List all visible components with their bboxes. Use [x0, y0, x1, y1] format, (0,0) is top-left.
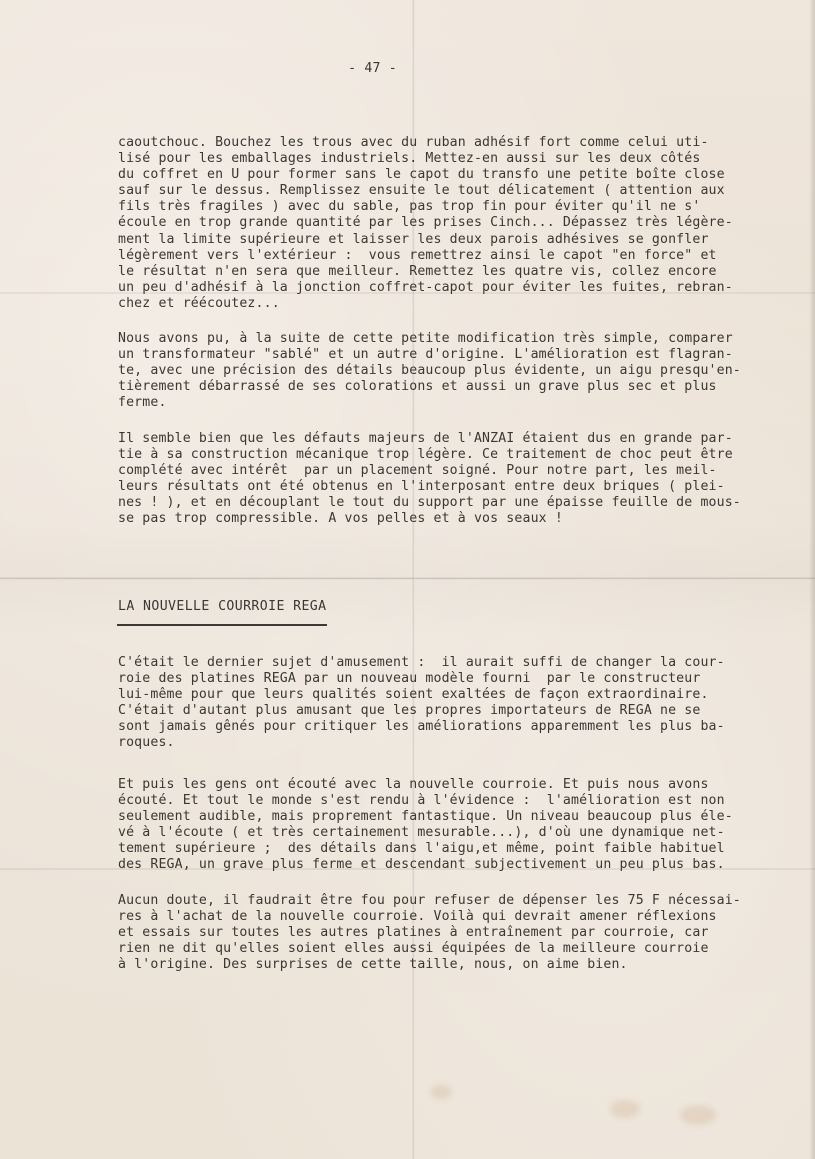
- paragraph: Il semble bien que les défauts majeurs d…: [118, 431, 741, 528]
- section-heading: LA NOUVELLE COURROIE REGA: [118, 599, 327, 614]
- text-line: roie des platines REGA par un nouveau mo…: [118, 671, 725, 687]
- text-line: écoule en trop grande quantité par les p…: [118, 215, 733, 231]
- text-line: Aucun doute, il faudrait être fou pour r…: [118, 893, 741, 909]
- heading-underline: [117, 624, 327, 626]
- text-line: seulement audible, mais proprement fanta…: [118, 809, 733, 825]
- text-line: lui-même pour que leurs qualités soient …: [118, 687, 725, 703]
- text-line: caoutchouc. Bouchez les trous avec du ru…: [118, 135, 733, 151]
- text-line: chez et réécoutez...: [118, 296, 733, 312]
- text-line: res à l'achat de la nouvelle courroie. V…: [118, 909, 741, 925]
- text-line: du coffret en U pour former sans le capo…: [118, 167, 733, 183]
- paper-stain: [680, 1105, 716, 1125]
- paragraph: Et puis les gens ont écouté avec la nouv…: [118, 777, 733, 874]
- text-line: à l'origine. Des surprises de cette tail…: [118, 957, 741, 973]
- text-line: un transformateur "sablé" et un autre d'…: [118, 347, 741, 363]
- text-line: vé à l'écoute ( et très certainement mes…: [118, 825, 733, 841]
- text-line: tièrement débarrassé de ses colorations …: [118, 379, 741, 395]
- text-line: tie à sa construction mécanique trop lég…: [118, 447, 741, 463]
- text-line: le résultat n'en sera que meilleur. Reme…: [118, 264, 733, 280]
- paper-fold-horizontal: [0, 577, 815, 580]
- text-line: ment la limite supérieure et laisser les…: [118, 232, 733, 248]
- text-line: C'était d'autant plus amusant que les pr…: [118, 703, 725, 719]
- text-line: nes ! ), et en découplant le tout du sup…: [118, 495, 741, 511]
- paragraph: Nous avons pu, à la suite de cette petit…: [118, 331, 741, 411]
- paper-edge: [809, 0, 815, 1159]
- text-line: tement supérieure ; des détails dans l'a…: [118, 841, 733, 857]
- page-number: - 47 -: [0, 61, 745, 76]
- paragraph: caoutchouc. Bouchez les trous avec du ru…: [118, 135, 733, 312]
- paper-stain: [610, 1100, 640, 1118]
- text-line: te, avec une précision des détails beauc…: [118, 363, 741, 379]
- text-line: un peu d'adhésif à la jonction coffret-c…: [118, 280, 733, 296]
- paper-stain: [430, 1085, 452, 1099]
- text-line: sont jamais gênés pour critiquer les amé…: [118, 719, 725, 735]
- text-line: ferme.: [118, 395, 741, 411]
- text-line: Nous avons pu, à la suite de cette petit…: [118, 331, 741, 347]
- text-line: lisé pour les emballages industriels. Me…: [118, 151, 733, 167]
- paragraph: C'était le dernier sujet d'amusement : i…: [118, 655, 725, 752]
- paragraph: Aucun doute, il faudrait être fou pour r…: [118, 893, 741, 973]
- text-line: des REGA, un grave plus ferme et descend…: [118, 857, 733, 873]
- text-line: fils très fragiles ) avec du sable, pas …: [118, 199, 733, 215]
- text-line: roques.: [118, 735, 725, 751]
- text-line: et essais sur toutes les autres platines…: [118, 925, 741, 941]
- text-line: C'était le dernier sujet d'amusement : i…: [118, 655, 725, 671]
- text-line: complété avec intérêt par un placement s…: [118, 463, 741, 479]
- text-line: Et puis les gens ont écouté avec la nouv…: [118, 777, 733, 793]
- text-line: se pas trop compressible. A vos pelles e…: [118, 511, 741, 527]
- text-line: sauf sur le dessus. Remplissez ensuite l…: [118, 183, 733, 199]
- text-line: légèrement vers l'extérieur : vous remet…: [118, 248, 733, 264]
- text-line: Il semble bien que les défauts majeurs d…: [118, 431, 741, 447]
- text-line: écouté. Et tout le monde s'est rendu à l…: [118, 793, 733, 809]
- text-line: leurs résultats ont été obtenus en l'int…: [118, 479, 741, 495]
- text-line: rien ne dit qu'elles soient elles aussi …: [118, 941, 741, 957]
